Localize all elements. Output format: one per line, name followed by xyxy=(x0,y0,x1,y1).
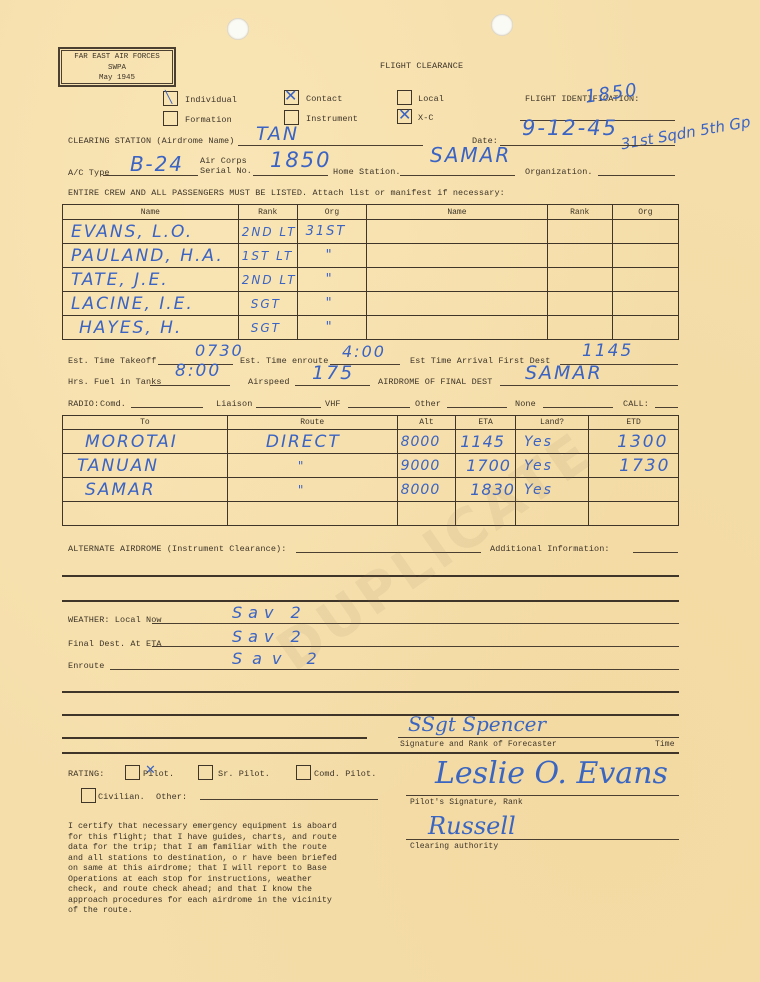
blank-line xyxy=(62,737,367,739)
sr-pilot-checkbox[interactable] xyxy=(198,765,213,780)
crew-name[interactable]: TATE, J.E. xyxy=(63,268,239,292)
crew-name-2[interactable] xyxy=(367,316,547,340)
route-to[interactable] xyxy=(63,502,228,526)
crew-org[interactable]: " xyxy=(297,316,367,340)
crew-table-header: Name Rank Org Name Rank Org xyxy=(63,205,679,220)
crew-org[interactable]: " xyxy=(297,244,367,268)
fuel-line xyxy=(150,385,230,386)
col-rank-2: Rank xyxy=(547,205,612,220)
crew-name[interactable]: LACINE, I.E. xyxy=(63,292,239,316)
pilot-label: Pilot. xyxy=(143,769,174,779)
crew-org[interactable]: " xyxy=(297,292,367,316)
radio-other-label: Other xyxy=(415,399,441,409)
ac-type-value[interactable]: B-24 xyxy=(130,152,184,176)
civilian-label: Civilian. xyxy=(98,792,145,802)
crew-rank[interactable]: 1ST LT xyxy=(238,244,297,268)
col-name: Name xyxy=(63,205,239,220)
clearing-station-value[interactable]: TAN xyxy=(256,123,299,145)
clearing-station-label: CLEARING STATION (Airdrome Name) xyxy=(68,136,234,146)
crew-name-2[interactable] xyxy=(367,292,547,316)
comd-pilot-label: Comd. Pilot. xyxy=(314,769,376,779)
col-etd: ETD xyxy=(589,416,679,430)
route-table-header: To Route Alt ETA Land? ETD xyxy=(63,416,679,430)
serial-label-top: Air Corps xyxy=(200,156,247,166)
pilot-checkbox[interactable] xyxy=(125,765,140,780)
crew-rank[interactable]: SGT xyxy=(238,292,297,316)
final-dest-label: AIRDROME OF FINAL DEST xyxy=(378,377,492,387)
col-eta: ETA xyxy=(456,416,516,430)
airspeed-label: Airspeed xyxy=(248,377,290,387)
additional-info-label: Additional Information: xyxy=(490,544,610,554)
route-route[interactable]: DIRECT xyxy=(227,430,397,454)
date-note: 31st Sqdn 5th Gp xyxy=(619,113,751,154)
serial-value[interactable]: 1850 xyxy=(270,148,331,172)
local-checkbox[interactable] xyxy=(397,90,412,105)
crew-org[interactable]: 31ST xyxy=(297,220,367,244)
rating-label: RATING: xyxy=(68,769,104,779)
weather-final-line xyxy=(152,646,679,647)
radio-vhf-line xyxy=(348,407,410,408)
clearing-authority-signature[interactable]: Russell xyxy=(428,812,516,840)
home-station-value[interactable]: SAMAR xyxy=(430,143,511,167)
instrument-label: Instrument xyxy=(306,114,358,124)
table-row xyxy=(63,502,679,526)
radio-comd-label: Comd. xyxy=(100,399,126,409)
crew-org-2[interactable] xyxy=(612,268,678,292)
weather-final-label: Final Dest. At ETA xyxy=(68,639,162,649)
crew-org-2[interactable] xyxy=(612,244,678,268)
weather-enroute-label: Enroute xyxy=(68,661,104,671)
airspeed-value[interactable]: 175 xyxy=(312,362,354,384)
col-land: Land? xyxy=(515,416,588,430)
document-page: FAR EAST AIR FORCES SWPA May 1945 FLIGHT… xyxy=(0,0,760,982)
crew-org[interactable]: " xyxy=(297,268,367,292)
formation-checkbox[interactable] xyxy=(163,111,178,126)
route-route[interactable] xyxy=(227,502,397,526)
blank-line xyxy=(62,691,679,693)
radio-liaison-line xyxy=(256,407,321,408)
clearing-authority-label: Clearing authority xyxy=(410,842,498,851)
route-etd[interactable] xyxy=(589,478,679,502)
comd-pilot-checkbox[interactable] xyxy=(296,765,311,780)
crew-org-2[interactable] xyxy=(612,316,678,340)
other-label: Other: xyxy=(156,792,187,802)
formation-label: Formation xyxy=(185,115,232,125)
form-title: FLIGHT CLEARANCE xyxy=(380,61,463,71)
home-station-line xyxy=(400,175,515,176)
radio-call-label: CALL: xyxy=(623,399,649,409)
stamp-line3: May 1945 xyxy=(62,73,172,84)
route-alt[interactable]: 8000 xyxy=(397,430,456,454)
radio-none-label: None xyxy=(515,399,536,409)
stamp-line1: FAR EAST AIR FORCES xyxy=(62,52,172,63)
contact-label: Contact xyxy=(306,94,342,104)
crew-name[interactable]: EVANS, L.O. xyxy=(63,220,239,244)
forecaster-signature-line xyxy=(398,737,679,738)
radio-label: RADIO: xyxy=(68,399,99,409)
table-row: LACINE, I.E. SGT " xyxy=(63,292,679,316)
date-value[interactable]: 9-12-45 xyxy=(522,116,618,140)
table-row: PAULAND, H.A. 1ST LT " xyxy=(63,244,679,268)
crew-table: Name Rank Org Name Rank Org EVANS, L.O. … xyxy=(62,204,679,340)
weather-enroute-line xyxy=(110,669,679,670)
alternate-label: ALTERNATE AIRDROME (Instrument Clearance… xyxy=(68,544,286,554)
clearing-station-line xyxy=(238,145,423,146)
crew-name-2[interactable] xyxy=(367,244,547,268)
col-name-2: Name xyxy=(367,205,547,220)
crew-rank[interactable]: SGT xyxy=(238,316,297,340)
crew-rank-2[interactable] xyxy=(547,316,612,340)
individual-label: Individual xyxy=(185,95,237,105)
crew-name[interactable]: PAULAND, H.A. xyxy=(63,244,239,268)
weather-local-line xyxy=(152,623,679,624)
route-route[interactable]: " xyxy=(227,478,397,502)
radio-call-line xyxy=(655,407,678,408)
section-divider xyxy=(62,752,679,754)
crew-org-2[interactable] xyxy=(612,292,678,316)
forecaster-label: Signature and Rank of Forecaster xyxy=(400,740,557,749)
radio-liaison-label: Liaison xyxy=(216,399,252,409)
radio-vhf-label: VHF xyxy=(325,399,341,409)
organization-line xyxy=(598,175,675,176)
weather-local-label: WEATHER: Local Now xyxy=(68,615,162,625)
final-dest-value[interactable]: SAMAR xyxy=(525,362,603,384)
crew-name-2[interactable] xyxy=(367,268,547,292)
crew-org-2[interactable] xyxy=(612,220,678,244)
final-dest-line xyxy=(500,385,678,386)
punch-hole xyxy=(227,18,249,40)
col-route: Route xyxy=(227,416,397,430)
col-alt: Alt xyxy=(397,416,456,430)
forecaster-time-label: Time xyxy=(655,740,675,749)
serial-line xyxy=(253,175,328,176)
civilian-checkbox[interactable] xyxy=(81,788,96,803)
check-mark-icon: ╲ xyxy=(165,90,172,104)
col-org: Org xyxy=(297,205,367,220)
pilot-signature-label: Pilot's Signature, Rank xyxy=(410,798,523,807)
route-etd[interactable] xyxy=(589,502,679,526)
certification-text: I certify that necessary emergency equip… xyxy=(68,822,378,917)
est-arrival-value[interactable]: 1145 xyxy=(582,341,633,361)
date-line xyxy=(500,145,675,146)
pilot-signature[interactable]: Leslie O. Evans xyxy=(435,756,668,791)
route-to[interactable]: SAMAR xyxy=(63,478,228,502)
table-row: TATE, J.E. 2ND LT " xyxy=(63,268,679,292)
serial-label: Serial No. xyxy=(200,166,252,176)
forecaster-signature[interactable]: SSgt Spencer xyxy=(408,712,546,736)
radio-other-line xyxy=(447,407,507,408)
route-alt[interactable]: 9000 xyxy=(397,454,456,478)
airspeed-line xyxy=(295,385,370,386)
route-etd[interactable]: 1730 xyxy=(589,454,679,478)
crew-rank-2[interactable] xyxy=(547,244,612,268)
est-takeoff-label: Est. Time Takeoff xyxy=(68,356,156,366)
stamp-box: FAR EAST AIR FORCES SWPA May 1945 xyxy=(58,47,176,87)
table-row: EVANS, L.O. 2ND LT 31ST xyxy=(63,220,679,244)
crew-rank-2[interactable] xyxy=(547,268,612,292)
ac-type-line xyxy=(103,175,198,176)
clearing-authority-line xyxy=(406,839,679,840)
punch-hole xyxy=(491,14,513,36)
route-alt[interactable]: 8000 xyxy=(397,478,456,502)
fuel-value[interactable]: 8:00 xyxy=(175,361,221,381)
organization-label: Organization. xyxy=(525,167,593,177)
crew-rank[interactable]: 2ND LT xyxy=(238,268,297,292)
home-station-label: Home Station. xyxy=(333,167,401,177)
additional-info-line xyxy=(633,552,678,553)
xc-label: X-C xyxy=(418,113,434,123)
x-mark-icon: ✕ xyxy=(284,89,297,103)
crew-name[interactable]: HAYES, H. xyxy=(63,316,239,340)
route-route[interactable]: " xyxy=(227,454,397,478)
ac-type-label: A/C Type xyxy=(68,168,110,178)
radio-comd-line xyxy=(131,407,203,408)
table-row: HAYES, H. SGT " xyxy=(63,316,679,340)
route-eta[interactable]: 1145 xyxy=(456,430,516,454)
crew-rank-2[interactable] xyxy=(547,220,612,244)
x-mark-icon: ✕ xyxy=(398,108,411,122)
radio-none-line xyxy=(543,407,613,408)
route-to[interactable]: TANUAN xyxy=(63,454,228,478)
crew-rank-2[interactable] xyxy=(547,292,612,316)
crew-instructions: ENTIRE CREW AND ALL PASSENGERS MUST BE L… xyxy=(68,188,505,198)
pilot-signature-line xyxy=(406,795,679,796)
fuel-label: Hrs. Fuel in Tanks xyxy=(68,377,162,387)
col-org-2: Org xyxy=(612,205,678,220)
est-enroute-value[interactable]: 4:00 xyxy=(342,342,386,361)
route-to[interactable]: MOROTAI xyxy=(63,430,228,454)
col-to: To xyxy=(63,416,228,430)
crew-rank[interactable]: 2ND LT xyxy=(238,220,297,244)
sr-pilot-label: Sr. Pilot. xyxy=(218,769,270,779)
est-takeoff-value[interactable]: 0730 xyxy=(195,341,244,360)
crew-name-2[interactable] xyxy=(367,220,547,244)
route-etd[interactable]: 1300 xyxy=(589,430,679,454)
blank-line xyxy=(62,714,679,716)
col-rank: Rank xyxy=(238,205,297,220)
other-line xyxy=(200,799,378,800)
local-label: Local xyxy=(418,94,444,104)
stamp-line2: SWPA xyxy=(62,63,172,74)
